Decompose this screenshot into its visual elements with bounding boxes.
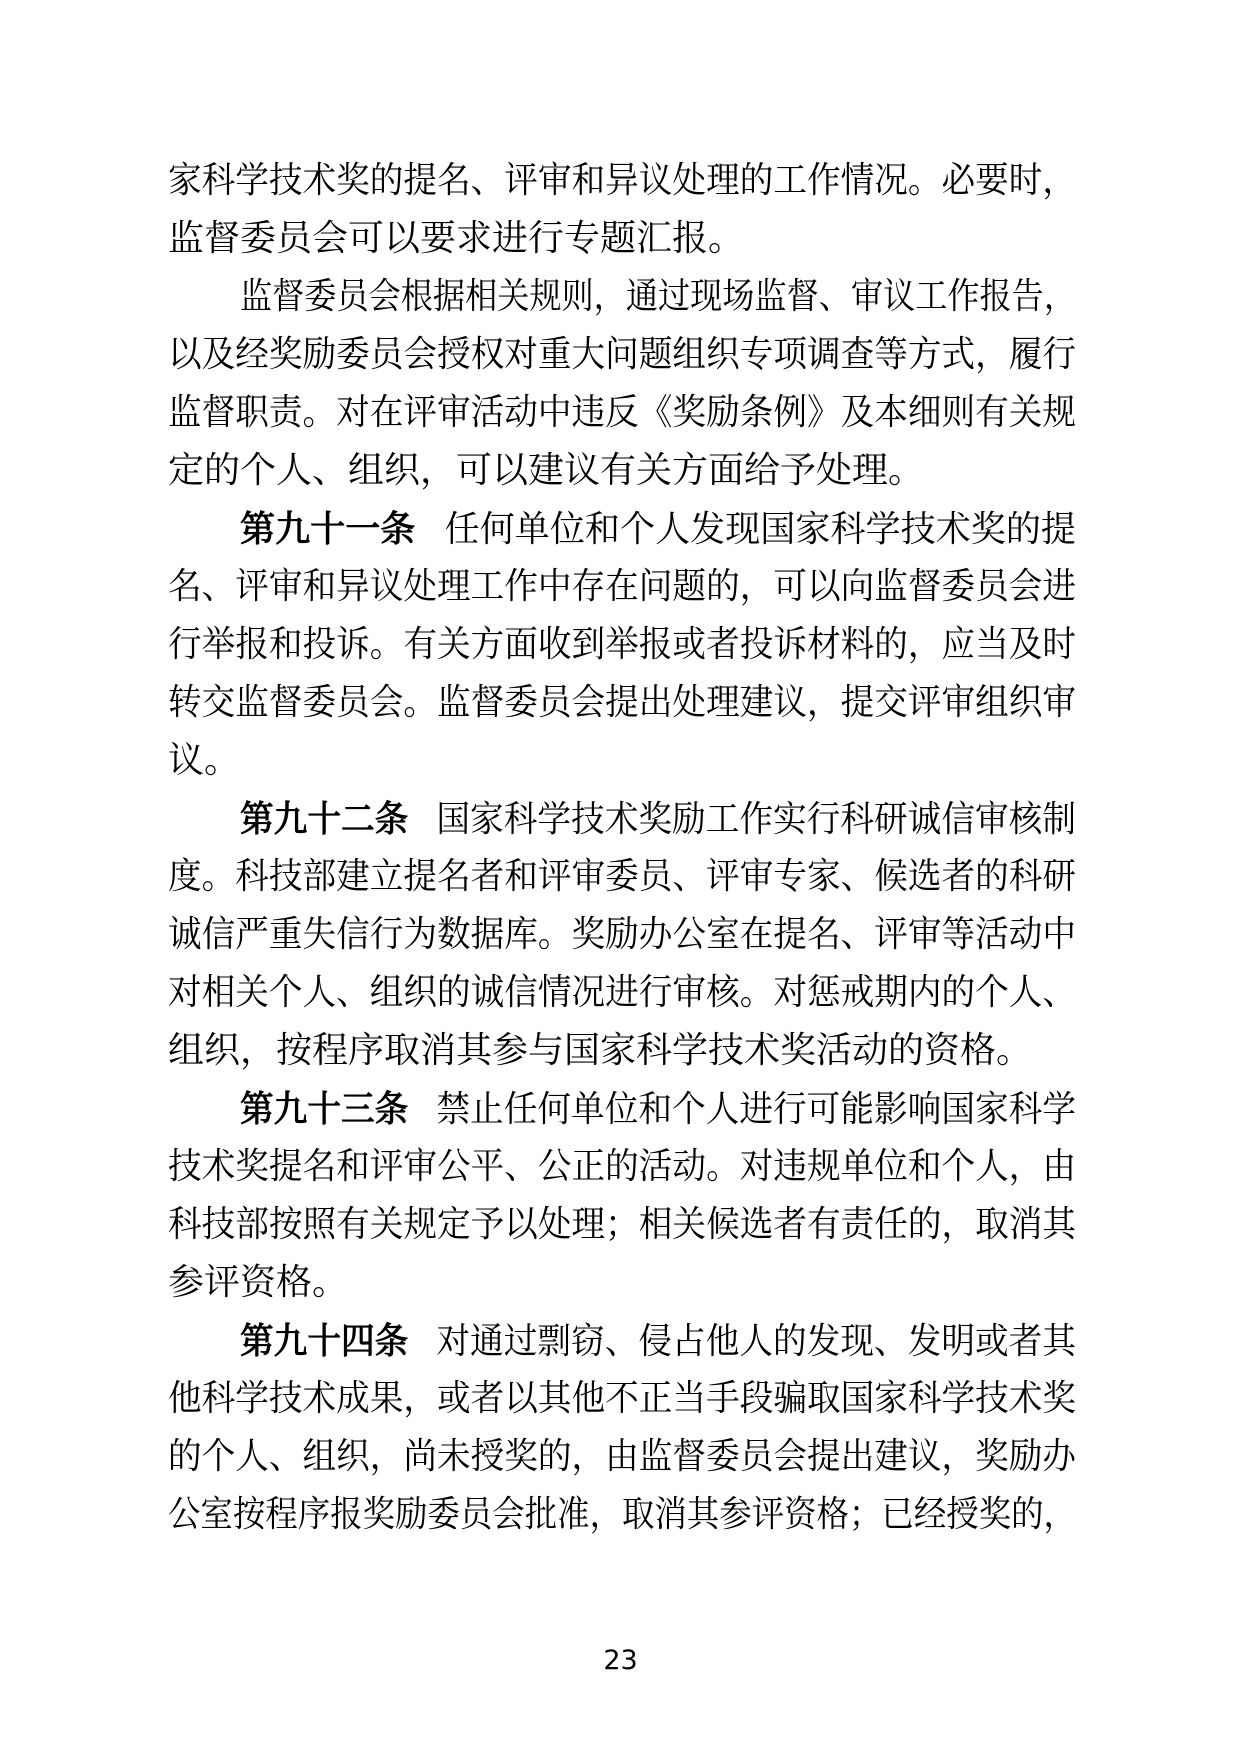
line-text: 监督委员会可以要求进行专题汇报。 bbox=[168, 218, 744, 259]
text-line: 组织，按程序取消其参与国家科学技术奖活动的资格。 bbox=[168, 1022, 1076, 1080]
line-text: 科技部按照有关规定予以处理；相关候选者有责任的，取消其 bbox=[168, 1204, 1076, 1245]
text-line: 以及经奖励委员会授权对重大问题组织专项调查等方式，履行 bbox=[168, 326, 1076, 384]
line-text: 的个人、组织，尚未授奖的，由监督委员会提出建议，奖励办 bbox=[168, 1436, 1076, 1477]
page-number: 23 bbox=[0, 1645, 1241, 1676]
line-text: 家科学技术奖的提名、评审和异议处理的工作情况。必要时， bbox=[168, 160, 1076, 201]
text-line: 的个人、组织，尚未授奖的，由监督委员会提出建议，奖励办 bbox=[168, 1428, 1076, 1486]
text-line: 度。科技部建立提名者和评审委员、评审专家、候选者的科研 bbox=[168, 848, 1076, 906]
document-body: 家科学技术奖的提名、评审和异议处理的工作情况。必要时，监督委员会可以要求进行专题… bbox=[168, 152, 1076, 1544]
line-text: 禁止任何单位和个人进行可能影响国家科学 bbox=[436, 1089, 1076, 1130]
line-text: 名、评审和异议处理工作中存在问题的，可以向监督委员会进 bbox=[168, 566, 1076, 607]
line-text: 监督委员会根据相关规则，通过现场监督、审议工作报告， bbox=[240, 276, 1076, 317]
text-line: 第九十二条国家科学技术奖励工作实行科研诚信审核制 bbox=[168, 790, 1076, 848]
text-line: 名、评审和异议处理工作中存在问题的，可以向监督委员会进 bbox=[168, 558, 1076, 616]
document-page: 家科学技术奖的提名、评审和异议处理的工作情况。必要时，监督委员会可以要求进行专题… bbox=[0, 0, 1241, 1754]
line-text: 议。 bbox=[168, 740, 240, 781]
line-text: 任何单位和个人发现国家科学技术奖的提 bbox=[445, 509, 1076, 550]
article-number: 第九十三条 bbox=[240, 1088, 436, 1130]
text-line: 对相关个人、组织的诚信情况进行审核。对惩戒期内的个人、 bbox=[168, 964, 1076, 1022]
text-line: 第九十四条对通过剽窃、侵占他人的发现、发明或者其 bbox=[168, 1312, 1076, 1370]
line-text: 监督职责。对在评审活动中违反《奖励条例》及本细则有关规 bbox=[168, 392, 1076, 433]
text-line: 参评资格。 bbox=[168, 1254, 1076, 1312]
line-text: 度。科技部建立提名者和评审委员、评审专家、候选者的科研 bbox=[168, 856, 1076, 897]
line-text: 诚信严重失信行为数据库。奖励办公室在提名、评审等活动中 bbox=[168, 914, 1076, 955]
line-text: 定的个人、组织，可以建议有关方面给予处理。 bbox=[168, 450, 924, 491]
article-number: 第九十一条 bbox=[240, 508, 445, 550]
line-text: 技术奖提名和评审公平、公正的活动。对违规单位和个人，由 bbox=[168, 1146, 1076, 1187]
text-line: 定的个人、组织，可以建议有关方面给予处理。 bbox=[168, 442, 1076, 500]
text-line: 科技部按照有关规定予以处理；相关候选者有责任的，取消其 bbox=[168, 1196, 1076, 1254]
line-text: 转交监督委员会。监督委员会提出处理建议，提交评审组织审 bbox=[168, 682, 1076, 723]
text-line: 转交监督委员会。监督委员会提出处理建议，提交评审组织审 bbox=[168, 674, 1076, 732]
line-text: 公室按程序报奖励委员会批准，取消其参评资格；已经授奖的， bbox=[168, 1494, 1076, 1535]
line-text: 国家科学技术奖励工作实行科研诚信审核制 bbox=[436, 799, 1076, 840]
text-line: 技术奖提名和评审公平、公正的活动。对违规单位和个人，由 bbox=[168, 1138, 1076, 1196]
text-line: 监督委员会可以要求进行专题汇报。 bbox=[168, 210, 1076, 268]
text-line: 监督职责。对在评审活动中违反《奖励条例》及本细则有关规 bbox=[168, 384, 1076, 442]
text-line: 监督委员会根据相关规则，通过现场监督、审议工作报告， bbox=[168, 268, 1076, 326]
line-text: 参评资格。 bbox=[168, 1262, 348, 1303]
text-line: 他科学技术成果，或者以其他不正当手段骗取国家科学技术奖 bbox=[168, 1370, 1076, 1428]
line-text: 对相关个人、组织的诚信情况进行审核。对惩戒期内的个人、 bbox=[168, 972, 1076, 1013]
text-line: 第九十一条任何单位和个人发现国家科学技术奖的提 bbox=[168, 500, 1076, 558]
line-text: 以及经奖励委员会授权对重大问题组织专项调查等方式，履行 bbox=[168, 334, 1076, 375]
line-text: 对通过剽窃、侵占他人的发现、发明或者其 bbox=[436, 1321, 1076, 1362]
text-line: 家科学技术奖的提名、评审和异议处理的工作情况。必要时， bbox=[168, 152, 1076, 210]
text-line: 行举报和投诉。有关方面收到举报或者投诉材料的，应当及时 bbox=[168, 616, 1076, 674]
line-text: 他科学技术成果，或者以其他不正当手段骗取国家科学技术奖 bbox=[168, 1378, 1076, 1419]
article-number: 第九十四条 bbox=[240, 1320, 436, 1362]
text-line: 公室按程序报奖励委员会批准，取消其参评资格；已经授奖的， bbox=[168, 1486, 1076, 1544]
text-line: 第九十三条禁止任何单位和个人进行可能影响国家科学 bbox=[168, 1080, 1076, 1138]
text-line: 议。 bbox=[168, 732, 1076, 790]
line-text: 组织，按程序取消其参与国家科学技术奖活动的资格。 bbox=[168, 1030, 1032, 1071]
text-line: 诚信严重失信行为数据库。奖励办公室在提名、评审等活动中 bbox=[168, 906, 1076, 964]
article-number: 第九十二条 bbox=[240, 798, 436, 840]
line-text: 行举报和投诉。有关方面收到举报或者投诉材料的，应当及时 bbox=[168, 624, 1076, 665]
